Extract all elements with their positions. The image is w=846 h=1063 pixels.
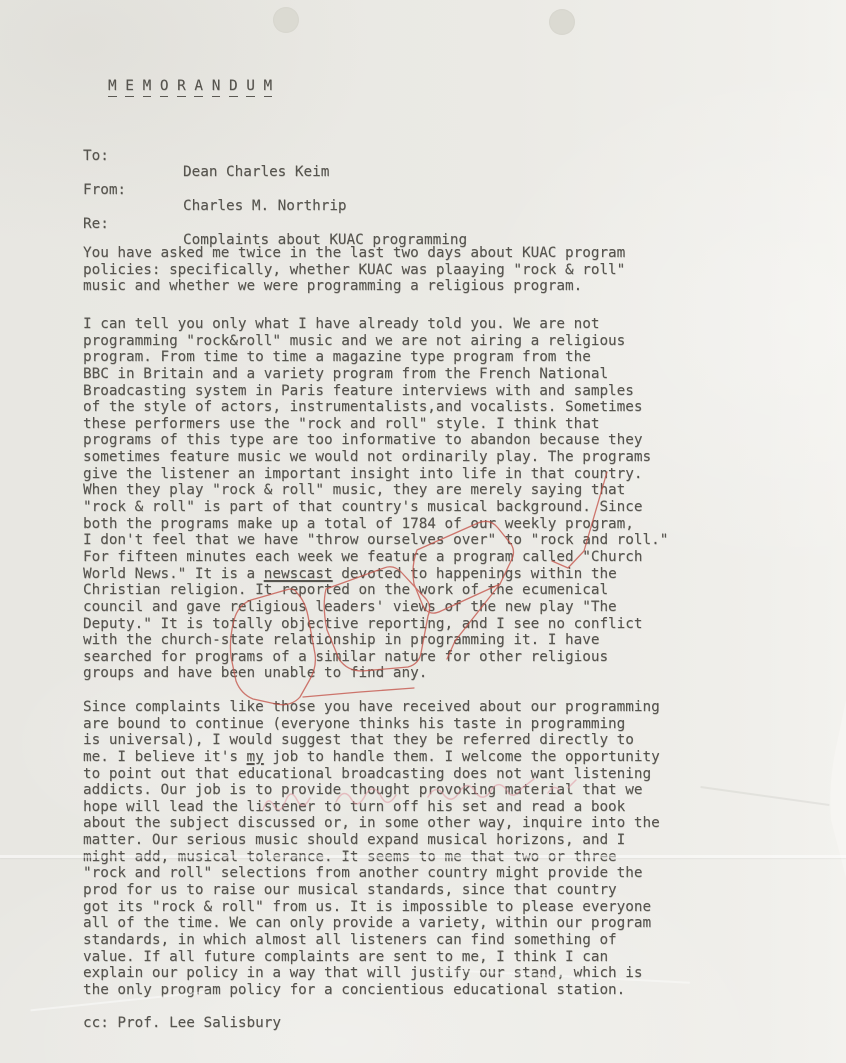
cc-line: cc: Prof. Lee Salisbury xyxy=(83,1015,281,1032)
memo-title: M E M O R A N D U M xyxy=(108,78,281,97)
punch-hole-left xyxy=(273,7,299,33)
crease-line-right xyxy=(701,786,830,806)
field-from: From: Charles M. Northrip xyxy=(83,165,683,182)
crease-line-horizontal xyxy=(0,855,846,858)
field-re-label: Re: xyxy=(83,216,109,233)
field-to: To: Dean Charles Keim xyxy=(83,131,683,148)
body-paragraph-2: I can tell you only what I have already … xyxy=(83,316,668,682)
field-to-label: To: xyxy=(83,148,109,165)
punch-hole-right xyxy=(549,9,575,35)
body-paragraph-3: Since complaints like those you have rec… xyxy=(83,699,660,999)
field-re: Re: Complaints about KUAC programming xyxy=(83,199,683,216)
memo-page: M E M O R A N D U M To: Dean Charles Kei… xyxy=(0,0,846,1063)
field-from-label: From: xyxy=(83,182,126,199)
body-paragraph-1: You have asked me twice in the last two … xyxy=(83,245,625,295)
torn-edge xyxy=(830,700,846,878)
